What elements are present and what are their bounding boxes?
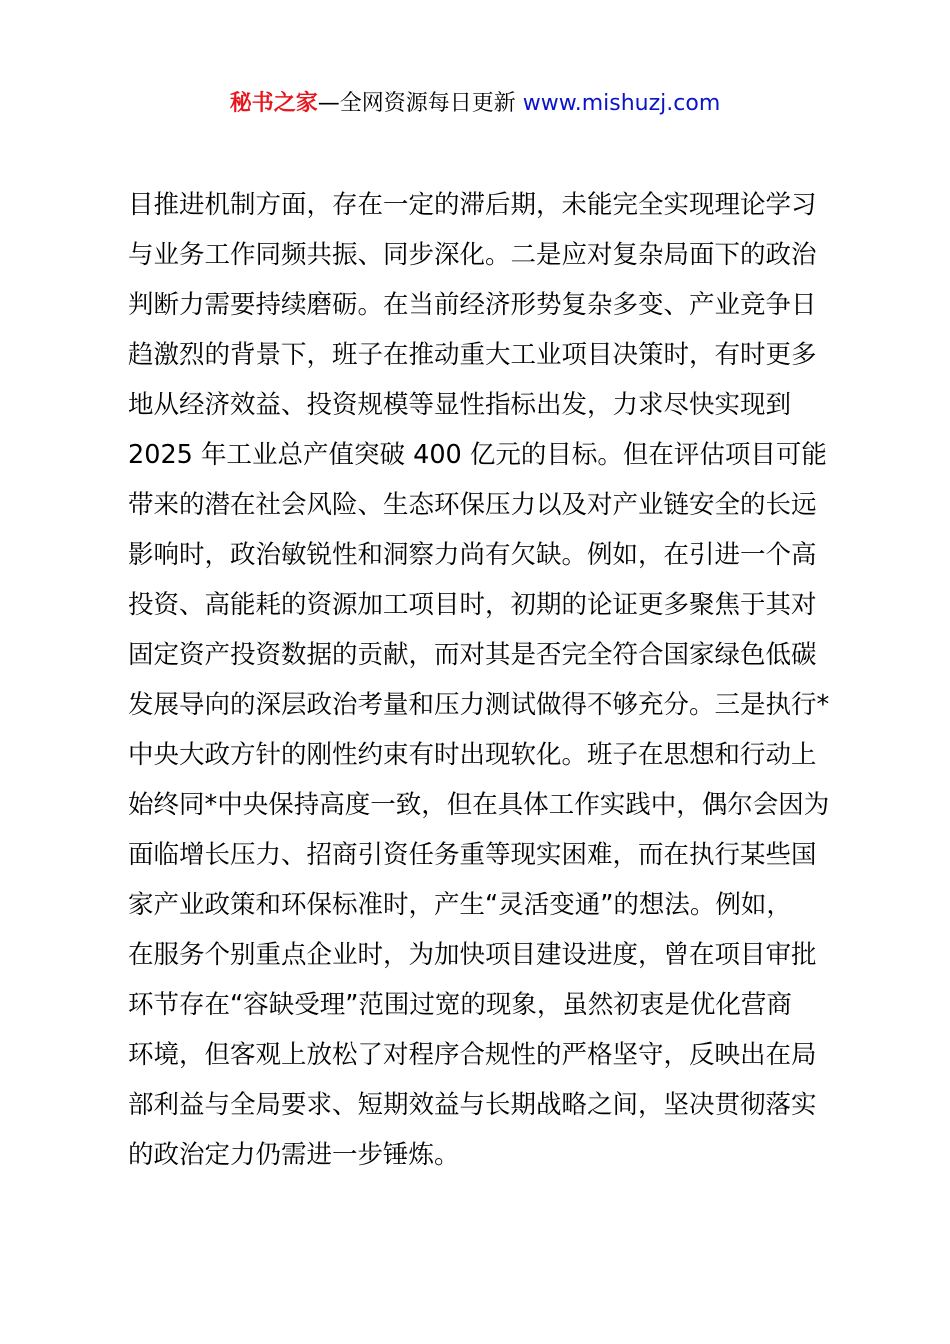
text-line: 家产业政策和环保标准时，产生“灵活变通”的想法。例如， — [128, 880, 834, 930]
text-line: 2025 年工业总产值突破 400 亿元的目标。但在评估项目可能 — [128, 430, 834, 480]
text-line: 发展导向的深层政治考量和压力测试做得不够充分。三是执行* — [128, 680, 834, 730]
header-tagline: —全网资源每日更新 — [318, 91, 516, 116]
text-line: 目推进机制方面，存在一定的滞后期，未能完全实现理论学习 — [128, 180, 834, 230]
text-line: 投资、高能耗的资源加工项目时，初期的论证更多聚焦于其对 — [128, 580, 834, 630]
text-line: 的政治定力仍需进一步锤炼。 — [128, 1130, 834, 1180]
text-line: 固定资产投资数据的贡献，而对其是否完全符合国家绿色低碳 — [128, 630, 834, 680]
text-line: 始终同*中央保持高度一致，但在具体工作实践中，偶尔会因为 — [128, 780, 834, 830]
text-line: 在服务个别重点企业时，为加快项目建设进度，曾在项目审批 — [128, 930, 834, 980]
text-line: 与业务工作同频共振、同步深化。二是应对复杂局面下的政治 — [128, 230, 834, 280]
text-line: 面临增长压力、招商引资任务重等现实困难，而在执行某些国 — [128, 830, 834, 880]
text-line: 环节存在“容缺受理”范围过宽的现象，虽然初衷是优化营商 — [128, 980, 834, 1030]
text-line: 部利益与全局要求、短期效益与长期战略之间，坚决贯彻落实 — [128, 1080, 834, 1130]
text-line: 地从经济效益、投资规模等显性指标出发，力求尽快实现到 — [128, 380, 834, 430]
brand-name: 秘书之家 — [230, 91, 318, 116]
page-header: 秘书之家—全网资源每日更新 www.mishuzj.com — [0, 86, 950, 122]
text-line: 中央大政方针的刚性约束有时出现软化。班子在思想和行动上 — [128, 730, 834, 780]
text-line: 带来的潜在社会风险、生态环保压力以及对产业链安全的长远 — [128, 480, 834, 530]
text-line: 影响时，政治敏锐性和洞察力尚有欠缺。例如，在引进一个高 — [128, 530, 834, 580]
text-line: 趋激烈的背景下，班子在推动重大工业项目决策时，有时更多 — [128, 330, 834, 380]
text-line: 判断力需要持续磨砺。在当前经济形势复杂多变、产业竞争日 — [128, 280, 834, 330]
document-body: 目推进机制方面，存在一定的滞后期，未能完全实现理论学习 与业务工作同频共振、同步… — [128, 180, 834, 1180]
text-line: 环境，但客观上放松了对程序合规性的严格坚守，反映出在局 — [128, 1030, 834, 1080]
site-url-link[interactable]: www.mishuzj.com — [523, 91, 720, 116]
